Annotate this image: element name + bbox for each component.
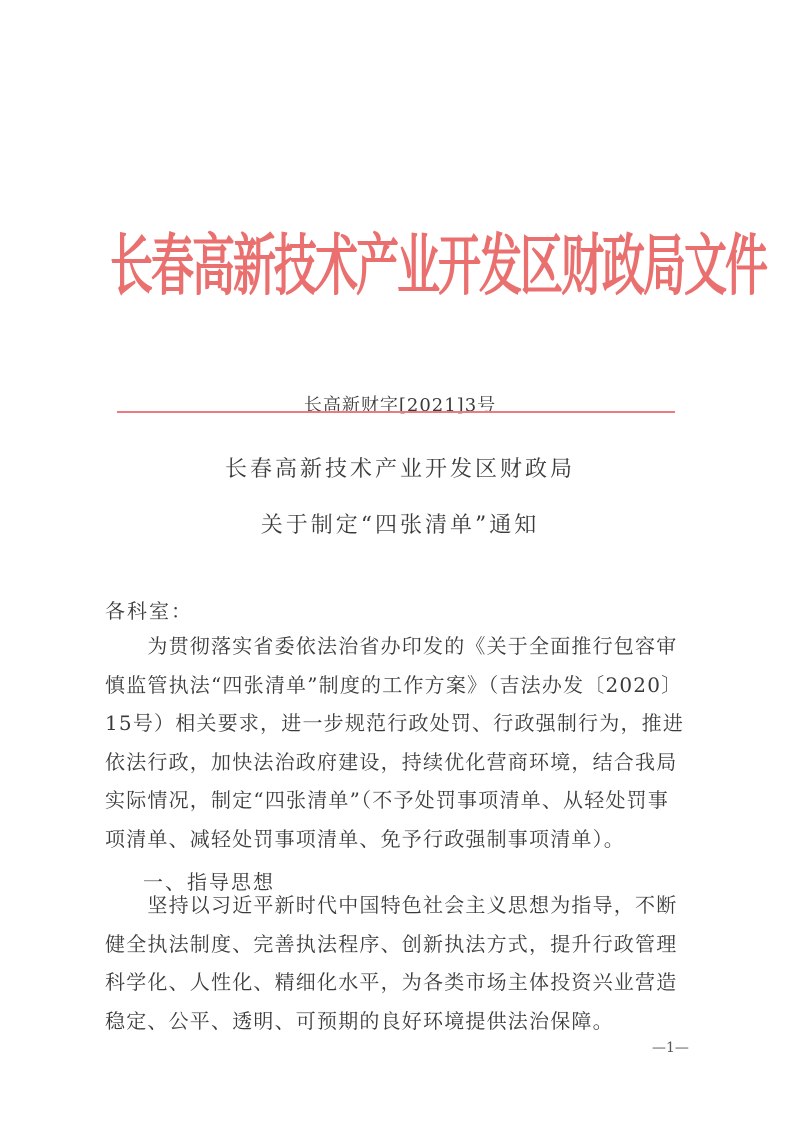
paragraph-line: 健全执法制度、完善执法程序、创新执法方式，提升行政管理: [105, 925, 705, 964]
red-divider-rule: [117, 411, 675, 413]
paragraph-line: 慎监管执法“四张清单”制度的工作方案》（吉法办发〔2020〕: [105, 666, 705, 705]
paragraph-line: 为贯彻落实省委依法治省办印发的《关于全面推行包容审: [105, 627, 705, 666]
paragraph-line: 依法行政，加快法治政府建设，持续优化营商环境，结合我局: [105, 743, 705, 782]
salutation: 各科室：: [105, 595, 193, 624]
document-page: 长春高新技术产业开发区财政局文件 长高新财字[2021]3号 长春高新技术产业开…: [0, 0, 800, 1132]
document-number: 长高新财字[2021]3号: [0, 391, 800, 417]
paragraph-line: 坚持以习近平新时代中国特色社会主义思想为指导，不断: [105, 886, 705, 925]
page-number: —1—: [652, 1040, 689, 1056]
paragraph-guiding-ideology: 坚持以习近平新时代中国特色社会主义思想为指导，不断 健全执法制度、完善执法程序、…: [105, 886, 705, 1040]
paragraph-line: 科学化、人性化、精细化水平，为各类市场主体投资兴业营造: [105, 963, 705, 1002]
document-title-line-2: 关于制定“四张清单”通知: [0, 508, 800, 539]
paragraph-line: 15号）相关要求，进一步规范行政处罚、行政强制行为，推进: [105, 704, 705, 743]
document-title-line-1: 长春高新技术产业开发区财政局: [0, 452, 800, 483]
paragraph-line: 稳定、公平、透明、可预期的良好环境提供法治保障。: [105, 1002, 705, 1041]
paragraph-line: 项清单、减轻处罚事项清单、免予行政强制事项清单）。: [105, 820, 705, 859]
paragraph-intro: 为贯彻落实省委依法治省办印发的《关于全面推行包容审 慎监管执法“四张清单”制度的…: [105, 627, 705, 858]
document-masthead: 长春高新技术产业开发区财政局文件: [110, 197, 694, 337]
paragraph-line: 实际情况，制定“四张清单”（不予处罚事项清单、从轻处罚事: [105, 781, 705, 820]
